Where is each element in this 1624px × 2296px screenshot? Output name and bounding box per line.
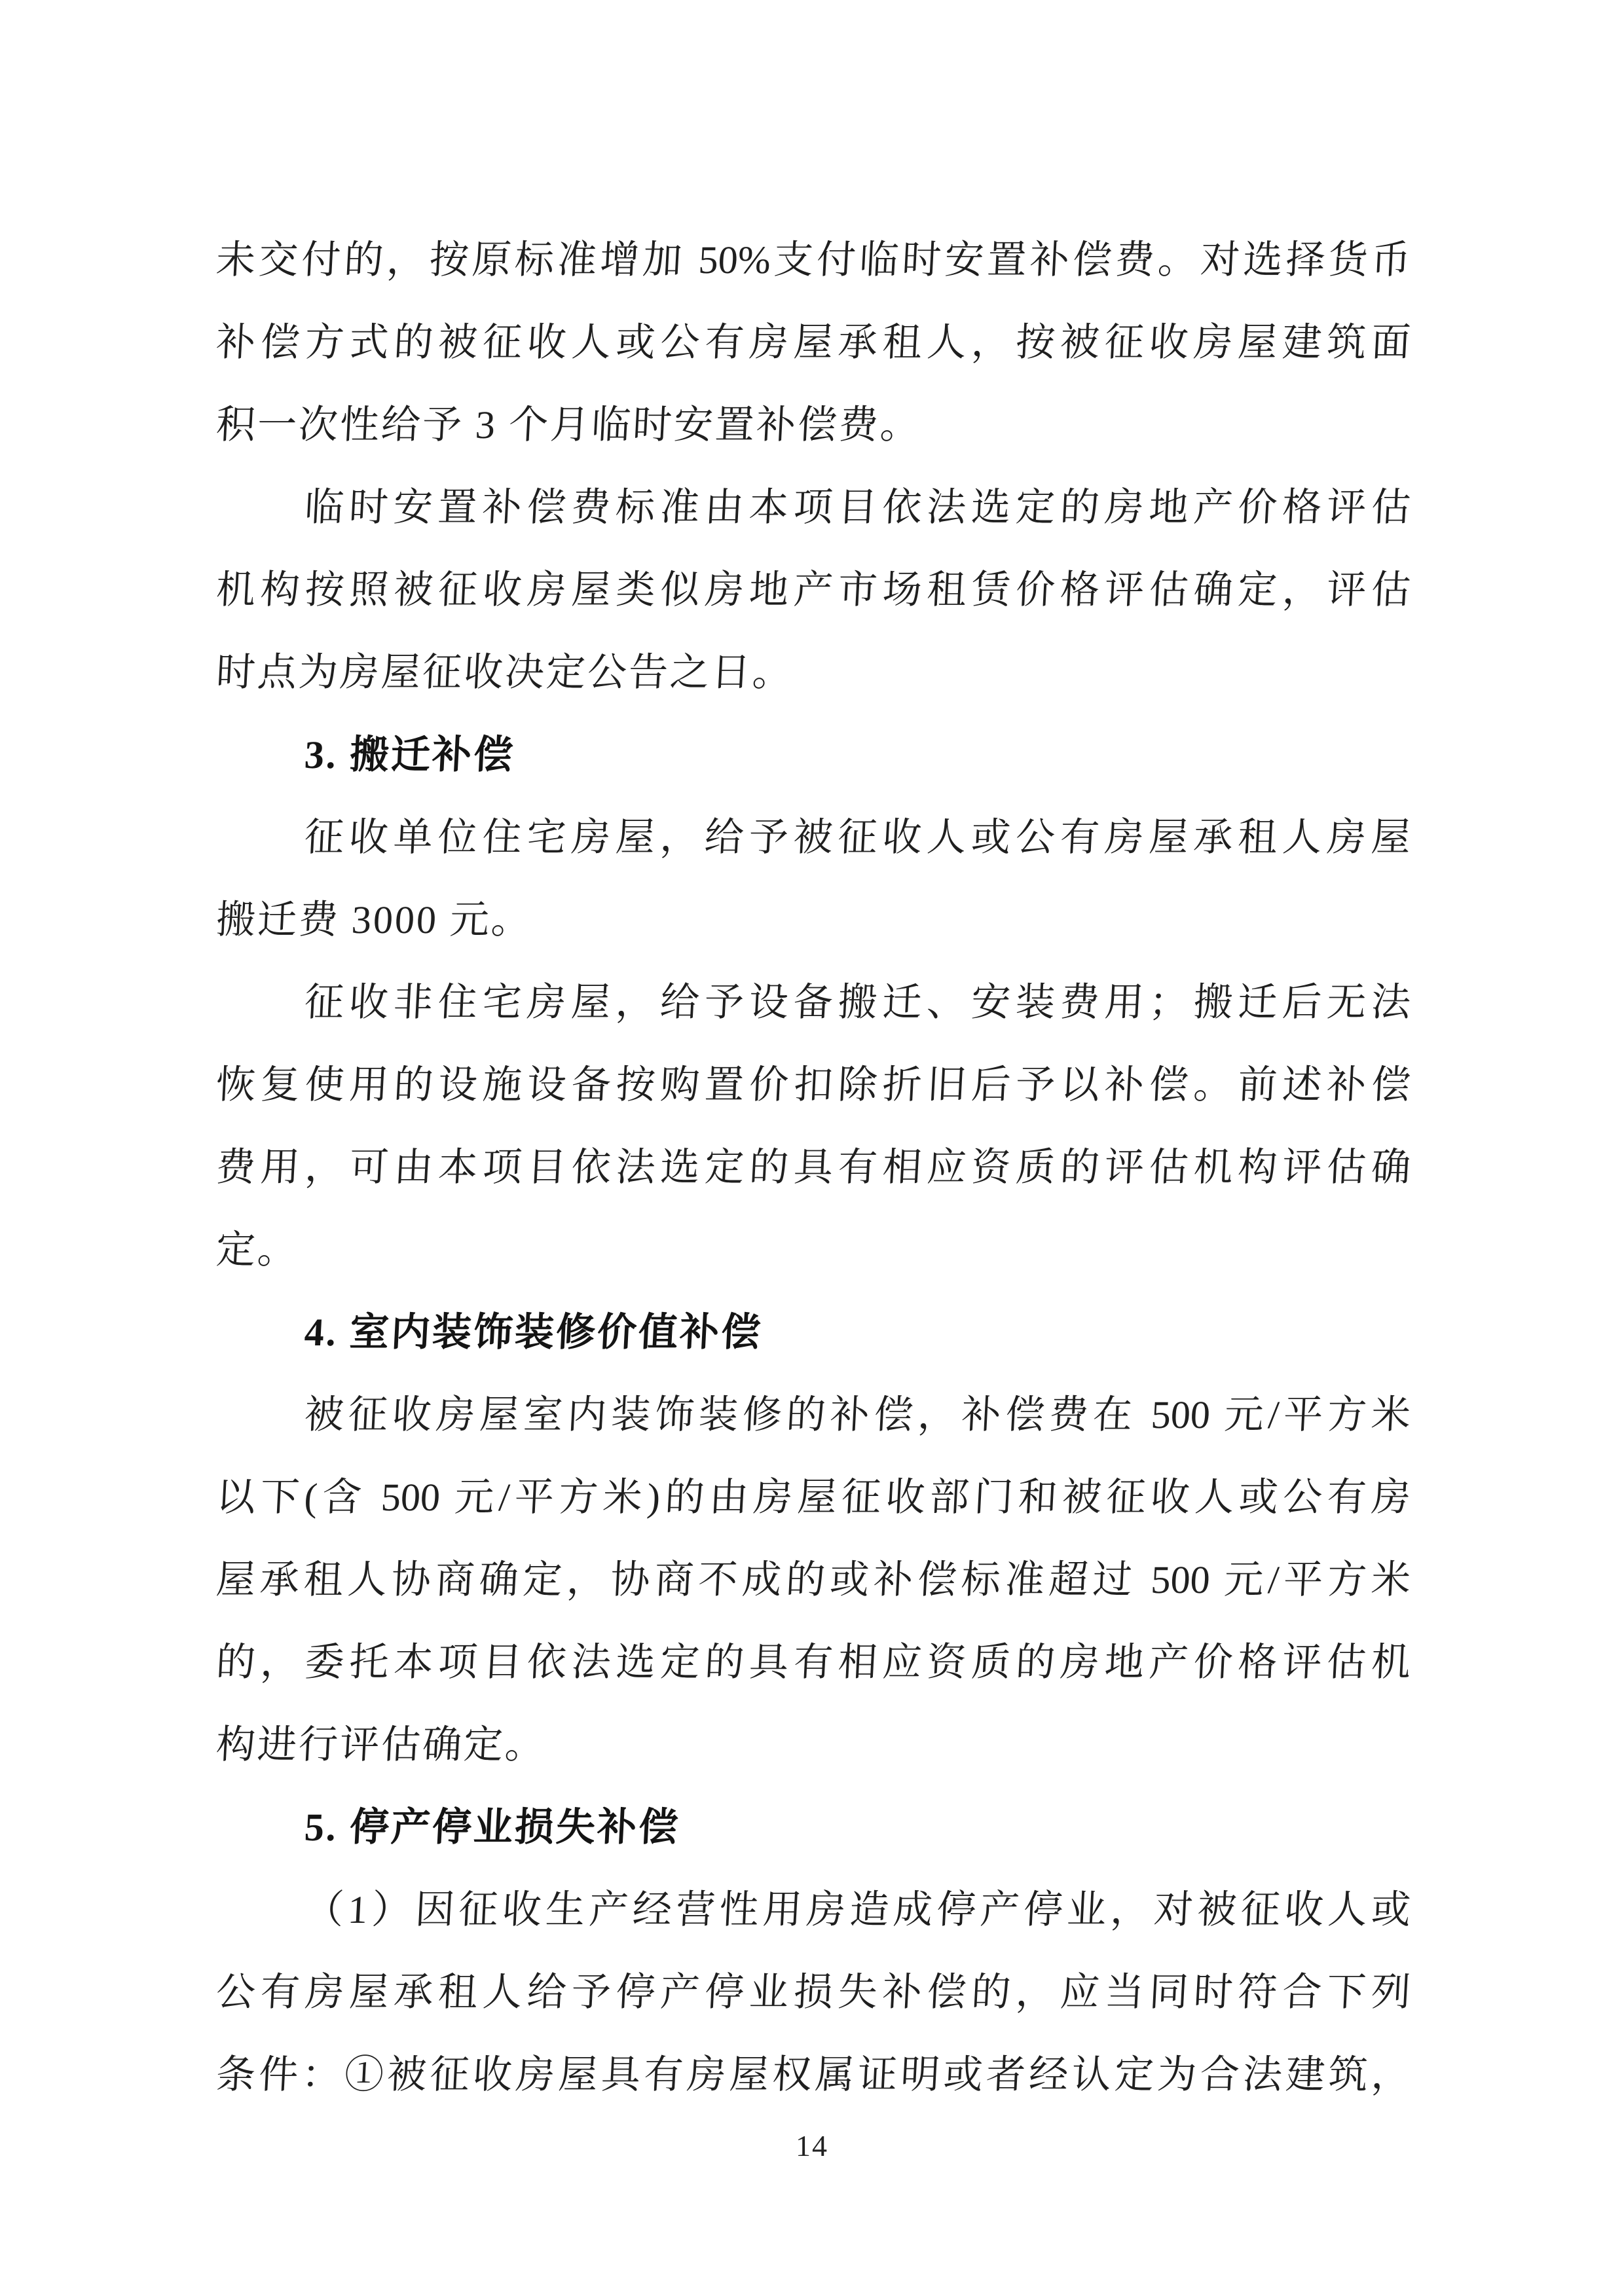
text-line: 机构按照被征收房屋类似房地产市场租赁价格评估确定，评估 — [214, 549, 1413, 631]
document-page: 未交付的，按原标准增加 50%支付临时安置补偿费。对选择货币补偿方式的被征收人或… — [0, 0, 1624, 2296]
text-line: 补偿方式的被征收人或公有房屋承租人，按被征收房屋建筑面 — [214, 301, 1413, 384]
text-line: 积一次性给予 3 个月临时安置补偿费。 — [214, 384, 1413, 466]
text-line: 以下(含 500 元/平方米)的由房屋征收部门和被征收人或公有房 — [214, 1456, 1413, 1539]
text-line: 被征收房屋室内装饰装修的补偿，补偿费在 500 元/平方米 — [214, 1374, 1413, 1456]
text-line: 时点为房屋征收决定公告之日。 — [214, 631, 1413, 714]
text-line: 临时安置补偿费标准由本项目依法选定的房地产价格评估 — [214, 466, 1413, 549]
text-line: 搬迁费 3000 元。 — [214, 879, 1413, 961]
text-line: 定。 — [214, 1209, 1413, 1291]
text-line: （1）因征收生产经营性用房造成停产停业，对被征收人或 — [214, 1868, 1413, 1951]
text-line: 条件：①被征收房屋具有房屋权属证明或者经认定为合法建筑， — [214, 2033, 1413, 2116]
text-line: 恢复使用的设施设备按购置价扣除折旧后予以补偿。前述补偿 — [214, 1044, 1413, 1126]
text-line: 征收单位住宅房屋，给予被征收人或公有房屋承租人房屋 — [214, 796, 1413, 879]
text-line: 费用，可由本项目依法选定的具有相应资质的评估机构评估确 — [214, 1126, 1413, 1209]
text-line: 未交付的，按原标准增加 50%支付临时安置补偿费。对选择货币 — [214, 219, 1413, 301]
section-heading: 4. 室内装饰装修价值补偿 — [214, 1291, 1413, 1374]
document-lines: 未交付的，按原标准增加 50%支付临时安置补偿费。对选择货币补偿方式的被征收人或… — [216, 219, 1411, 2116]
text-line: 构进行评估确定。 — [214, 1704, 1413, 1786]
text-line: 公有房屋承租人给予停产停业损失补偿的，应当同时符合下列 — [214, 1951, 1413, 2033]
text-line: 屋承租人协商确定，协商不成的或补偿标准超过 500 元/平方米 — [214, 1539, 1413, 1621]
section-heading: 5. 停产停业损失补偿 — [214, 1786, 1413, 1868]
text-line: 的，委托本项目依法选定的具有相应资质的房地产价格评估机 — [214, 1621, 1413, 1704]
text-line: 征收非住宅房屋，给予设备搬迁、安装费用；搬迁后无法 — [214, 961, 1413, 1044]
page-number: 14 — [0, 2126, 1624, 2166]
section-heading: 3. 搬迁补偿 — [214, 714, 1413, 796]
